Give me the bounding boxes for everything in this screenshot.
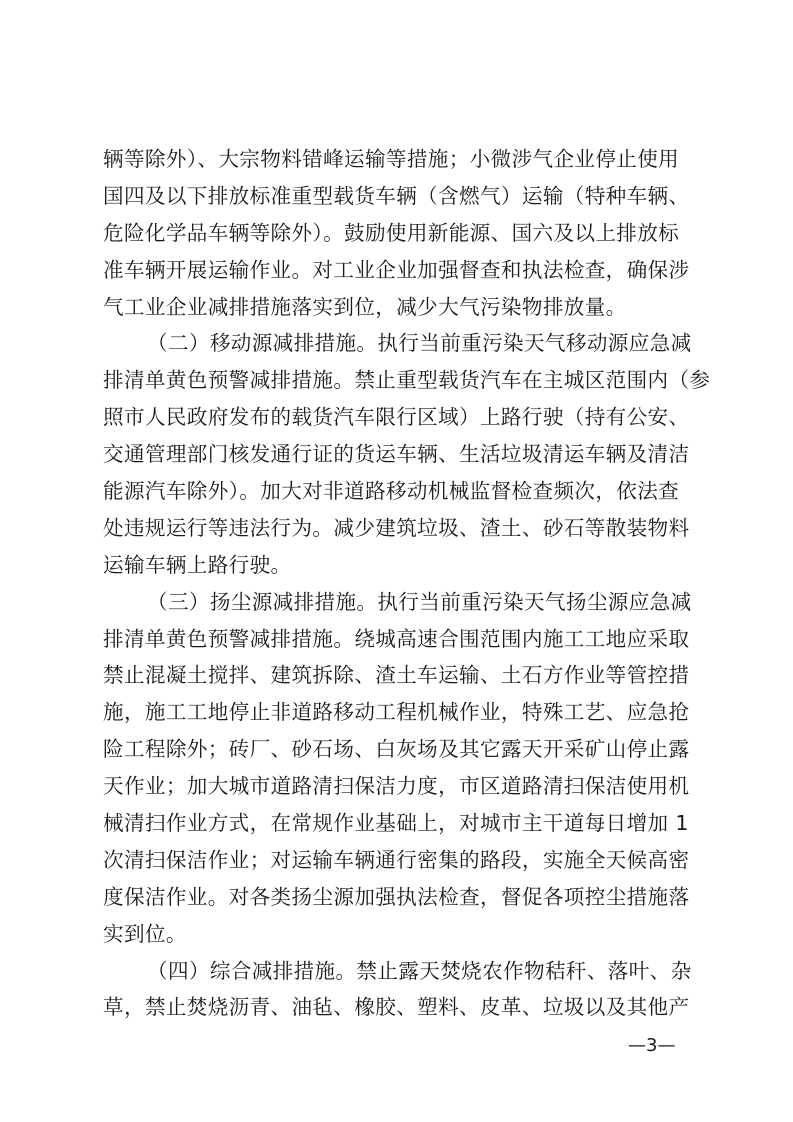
text-line: 次清扫保洁作业；对运输车辆通行密集的路段，实施全天候高密: [103, 842, 695, 879]
text-line: （四）综合减排措施。禁止露天焚烧农作物秸秆、落叶、杂: [103, 953, 695, 990]
text-line: 施，施工工地停止非道路移动工程机械作业，特殊工艺、应急抢: [103, 694, 695, 731]
text-line: 国四及以下排放标准重型载货车辆（含燃气）运输（特种车辆、: [103, 178, 695, 215]
page-number: —3—: [628, 1035, 675, 1056]
text-line: （三）扬尘源减排措施。执行当前重污染天气扬尘源应急减: [103, 584, 695, 621]
text-line: （二）移动源减排措施。执行当前重污染天气移动源应急减: [103, 325, 695, 362]
text-line: 械清扫作业方式，在常规作业基础上，对城市主干道每日增加 1: [103, 805, 695, 842]
text-line: 照市人民政府发布的载货汽车限行区域）上路行驶（持有公安、: [103, 399, 695, 436]
paragraph-comprehensive: （四）综合减排措施。禁止露天焚烧农作物秸秆、落叶、杂 草，禁止焚烧沥青、油毡、橡…: [103, 953, 695, 1027]
text-line: 准车辆开展运输作业。对工业企业加强督查和执法检查，确保涉: [103, 252, 695, 289]
text-line: 天作业；加大城市道路清扫保洁力度，市区道路清扫保洁使用机: [103, 768, 695, 805]
text-line: 草，禁止焚烧沥青、油毡、橡胶、塑料、皮革、垃圾以及其他产: [103, 989, 695, 1026]
text-line: 排清单黄色预警减排措施。禁止重型载货汽车在主城区范围内（参: [103, 362, 695, 399]
document-body: 辆等除外）、大宗物料错峰运输等措施；小微涉气企业停止使用 国四及以下排放标准重型…: [103, 141, 695, 1026]
paragraph-dust-source: （三）扬尘源减排措施。执行当前重污染天气扬尘源应急减 排清单黄色预警减排措施。绕…: [103, 584, 695, 953]
text-line: 禁止混凝土搅拌、建筑拆除、渣土车运输、土石方作业等管控措: [103, 657, 695, 694]
text-line: 运输车辆上路行驶。: [103, 547, 695, 584]
paragraph-industrial-continuation: 辆等除外）、大宗物料错峰运输等措施；小微涉气企业停止使用 国四及以下排放标准重型…: [103, 141, 695, 325]
text-line: 气工业企业减排措施落实到位，减少大气污染物排放量。: [103, 289, 695, 326]
text-line: 能源汽车除外）。加大对非道路移动机械监督检查频次，依法查: [103, 473, 695, 510]
text-line: 危险化学品车辆等除外）。鼓励使用新能源、国六及以上排放标: [103, 215, 695, 252]
text-line: 辆等除外）、大宗物料错峰运输等措施；小微涉气企业停止使用: [103, 141, 695, 178]
text-line: 险工程除外；砖厂、砂石场、白灰场及其它露天开采矿山停止露: [103, 731, 695, 768]
text-line: 交通管理部门核发通行证的货运车辆、生活垃圾清运车辆及清洁: [103, 436, 695, 473]
text-line: 处违规运行等违法行为。减少建筑垃圾、渣土、砂石等散装物料: [103, 510, 695, 547]
text-line: 度保洁作业。对各类扬尘源加强执法检查，督促各项控尘措施落: [103, 879, 695, 916]
paragraph-mobile-source: （二）移动源减排措施。执行当前重污染天气移动源应急减 排清单黄色预警减排措施。禁…: [103, 325, 695, 583]
text-line: 实到位。: [103, 916, 695, 953]
text-line: 排清单黄色预警减排措施。绕城高速合围范围内施工工地应采取: [103, 621, 695, 658]
document-page: 辆等除外）、大宗物料错峰运输等措施；小微涉气企业停止使用 国四及以下排放标准重型…: [0, 0, 793, 1122]
